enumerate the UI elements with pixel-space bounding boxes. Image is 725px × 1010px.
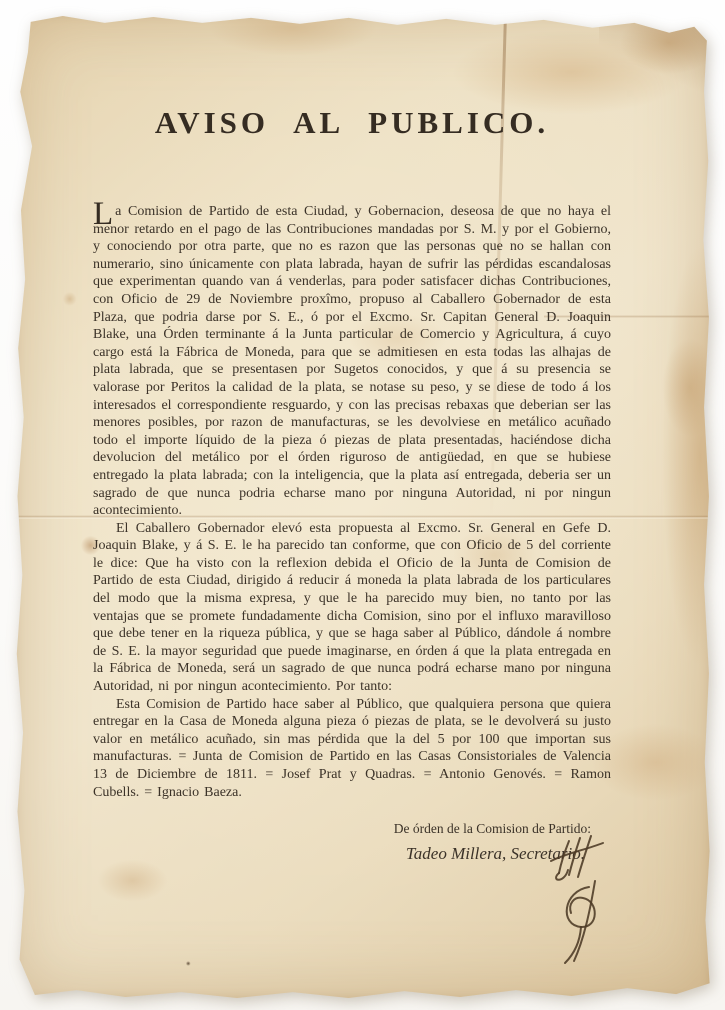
document-content: AVISO AL PUBLICO. La Comision de Partido… — [14, 13, 711, 999]
paragraph-3: Esta Comision de Partido hace saber al P… — [93, 696, 611, 802]
order-line: De órden de la Comision de Partido: — [93, 821, 611, 837]
paragraph-1: La Comision de Partido de esta Ciudad, y… — [93, 203, 611, 520]
document-title: AVISO AL PUBLICO. — [93, 105, 611, 141]
paragraph-2: El Caballero Gobernador elevó esta propu… — [93, 520, 611, 696]
closing-block: De órden de la Comision de Partido: Tade… — [93, 821, 611, 864]
broadside-paper: AVISO AL PUBLICO. La Comision de Partido… — [14, 13, 711, 999]
paragraph-1-text: a Comision de Partido de esta Ciudad, y … — [93, 204, 611, 518]
signature-rubric-icon — [539, 835, 619, 965]
signature-name: Tadeo Millera, Secretario. — [93, 844, 611, 864]
broadside-paper-wrapper: AVISO AL PUBLICO. La Comision de Partido… — [14, 13, 711, 999]
